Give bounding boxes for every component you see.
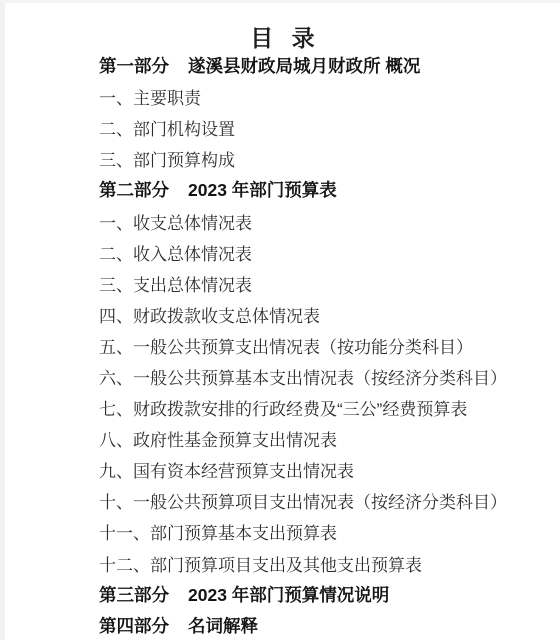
toc-item: 八、政府性基金预算支出情况表 xyxy=(99,423,550,454)
toc-part-title: 2023 年部门预算表 xyxy=(188,177,337,202)
toc-part-title: 遂溪县财政局城月财政所 概况 xyxy=(188,53,420,78)
toc-list: 第一部分 遂溪县财政局城月财政所 概况 一、主要职责 二、部门机构设置 三、部门… xyxy=(5,50,560,640)
toc-item: 二、收入总体情况表 xyxy=(99,237,550,268)
toc-item: 四、财政拨款收支总体情况表 xyxy=(99,299,550,330)
toc-item: 七、财政拨款安排的行政经费及“三公”经费预算表 xyxy=(99,392,550,423)
toc-item-text: 九、国有资本经营预算支出情况表 xyxy=(99,457,354,482)
toc-item: 十一、部门预算基本支出预算表 xyxy=(99,516,550,547)
toc-part-title: 名词解释 xyxy=(188,613,258,638)
toc-item-text: 十二、部门预算项目支出及其他支出预算表 xyxy=(99,551,422,576)
toc-item-text: 十一、部门预算基本支出预算表 xyxy=(99,519,337,544)
toc-part-label: 第三部分 xyxy=(99,582,169,607)
toc-item: 九、国有资本经营预算支出情况表 xyxy=(99,454,550,485)
toc-item-text: 一、主要职责 xyxy=(99,84,201,109)
toc-item: 一、收支总体情况表 xyxy=(99,205,550,236)
toc-item-text: 二、收入总体情况表 xyxy=(99,240,252,265)
toc-item: 十、一般公共预算项目支出情况表（按经济分类科目） xyxy=(99,485,550,516)
toc-item-text: 四、财政拨款收支总体情况表 xyxy=(99,302,320,327)
toc-item-text: 七、财政拨款安排的行政经费及“三公”经费预算表 xyxy=(99,395,467,420)
toc-part-2: 第二部分 2023 年部门预算表 xyxy=(99,174,550,205)
toc-item: 六、一般公共预算基本支出情况表（按经济分类科目） xyxy=(99,361,550,392)
toc-part-label: 第四部分 xyxy=(99,613,169,638)
toc-item-text: 六、一般公共预算基本支出情况表（按经济分类科目） xyxy=(99,364,507,389)
toc-item: 十二、部门预算项目支出及其他支出预算表 xyxy=(99,548,550,579)
toc-item: 三、支出总体情况表 xyxy=(99,268,550,299)
toc-part-title: 2023 年部门预算情况说明 xyxy=(188,582,389,607)
toc-item: 三、部门预算构成 xyxy=(99,143,550,174)
toc-item: 二、部门机构设置 xyxy=(99,112,550,143)
toc-item-text: 三、支出总体情况表 xyxy=(99,271,252,296)
toc-item: 一、主要职责 xyxy=(99,81,550,112)
document-page: 目 录 第一部分 遂溪县财政局城月财政所 概况 一、主要职责 二、部门机构设置 … xyxy=(0,0,560,640)
toc-item-text: 三、部门预算构成 xyxy=(99,146,235,171)
toc-part-4: 第四部分 名词解释 xyxy=(99,610,550,640)
toc-item-text: 八、政府性基金预算支出情况表 xyxy=(99,426,337,451)
toc-part-1: 第一部分 遂溪县财政局城月财政所 概况 xyxy=(99,50,550,81)
toc-item-text: 二、部门机构设置 xyxy=(99,115,235,140)
toc-item-text: 一、收支总体情况表 xyxy=(99,209,252,234)
toc-item: 五、一般公共预算支出情况表（按功能分类科目） xyxy=(99,330,550,361)
toc-part-3: 第三部分 2023 年部门预算情况说明 xyxy=(99,579,550,610)
toc-title: 目 录 xyxy=(5,3,560,50)
toc-part-label: 第二部分 xyxy=(99,177,169,202)
toc-item-text: 十、一般公共预算项目支出情况表（按经济分类科目） xyxy=(99,488,507,513)
toc-item-text: 五、一般公共预算支出情况表（按功能分类科目） xyxy=(99,333,473,358)
toc-part-label: 第一部分 xyxy=(99,53,169,78)
